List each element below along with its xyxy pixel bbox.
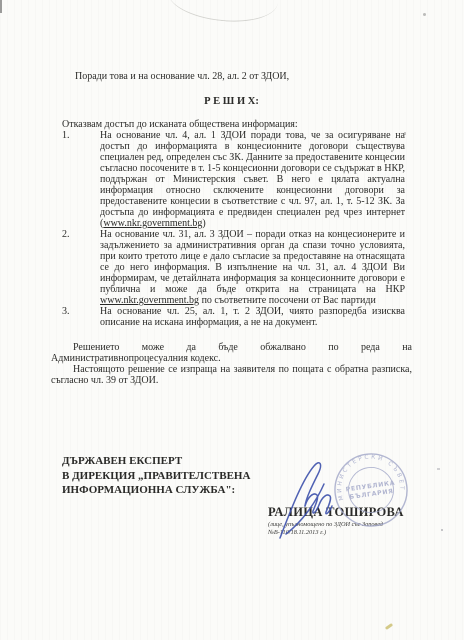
list-item-text-part: На основание чл. 4, ал. 1 ЗДОИ поради то…	[100, 130, 405, 229]
list-item-text: На основание чл. 25, ал. 1, т. 2 ЗДОИ, ч…	[100, 306, 405, 328]
list-item-text-part: На основание чл. 25, ал. 1, т. 2 ЗДОИ, ч…	[100, 306, 405, 328]
list-item-number: 1.	[62, 130, 100, 229]
list-item-number: 2.	[62, 229, 100, 306]
scan-artifact-mark	[385, 623, 393, 630]
list-item-text-part: по съответните посочени от Вас партиди	[199, 295, 376, 306]
decision-heading: Р Е Ш И Х:	[51, 96, 412, 107]
refusal-intro: Отказвам достъп до исканата обществена и…	[62, 119, 412, 130]
list-item-text-part: )	[202, 218, 205, 229]
list-item: 2. На основание чл. 31, ал. 3 ЗДОИ – пор…	[62, 229, 405, 306]
appeal-paragraph: Решението може да бъде обжалвано по реда…	[51, 342, 412, 364]
list-item-text: На основание чл. 31, ал. 3 ЗДОИ – поради…	[100, 229, 405, 306]
scan-artifact-speck	[437, 468, 440, 470]
nkr-url-link: www.nkr.government.bg	[103, 218, 202, 229]
scanned-document-page: Поради това и на основание чл. 28, ал. 2…	[0, 0, 464, 640]
list-item: 1. На основание чл. 4, ал. 1 ЗДОИ поради…	[62, 130, 405, 229]
delivery-paragraph: Настоящото решение се изпраща на заявите…	[51, 364, 412, 386]
list-item-text-part: На основание чл. 31, ал. 3 ЗДОИ – поради…	[100, 229, 405, 295]
list-item-text: На основание чл. 4, ал. 1 ЗДОИ поради то…	[100, 130, 405, 229]
handwritten-signature	[272, 450, 364, 545]
nkr-url-link: www.nkr.government.bg	[100, 295, 199, 306]
intro-paragraph: Поради това и на основание чл. 28, ал. 2…	[51, 71, 412, 82]
scan-artifact-speck	[441, 529, 443, 531]
list-item-number: 3.	[62, 306, 100, 328]
list-item: 3. На основание чл. 25, ал. 1, т. 2 ЗДОИ…	[62, 306, 405, 328]
scan-artifact-speck	[423, 13, 426, 16]
scan-artifact-corner	[0, 0, 2, 13]
refusal-grounds-list: 1. На основание чл. 4, ал. 1 ЗДОИ поради…	[62, 130, 412, 328]
